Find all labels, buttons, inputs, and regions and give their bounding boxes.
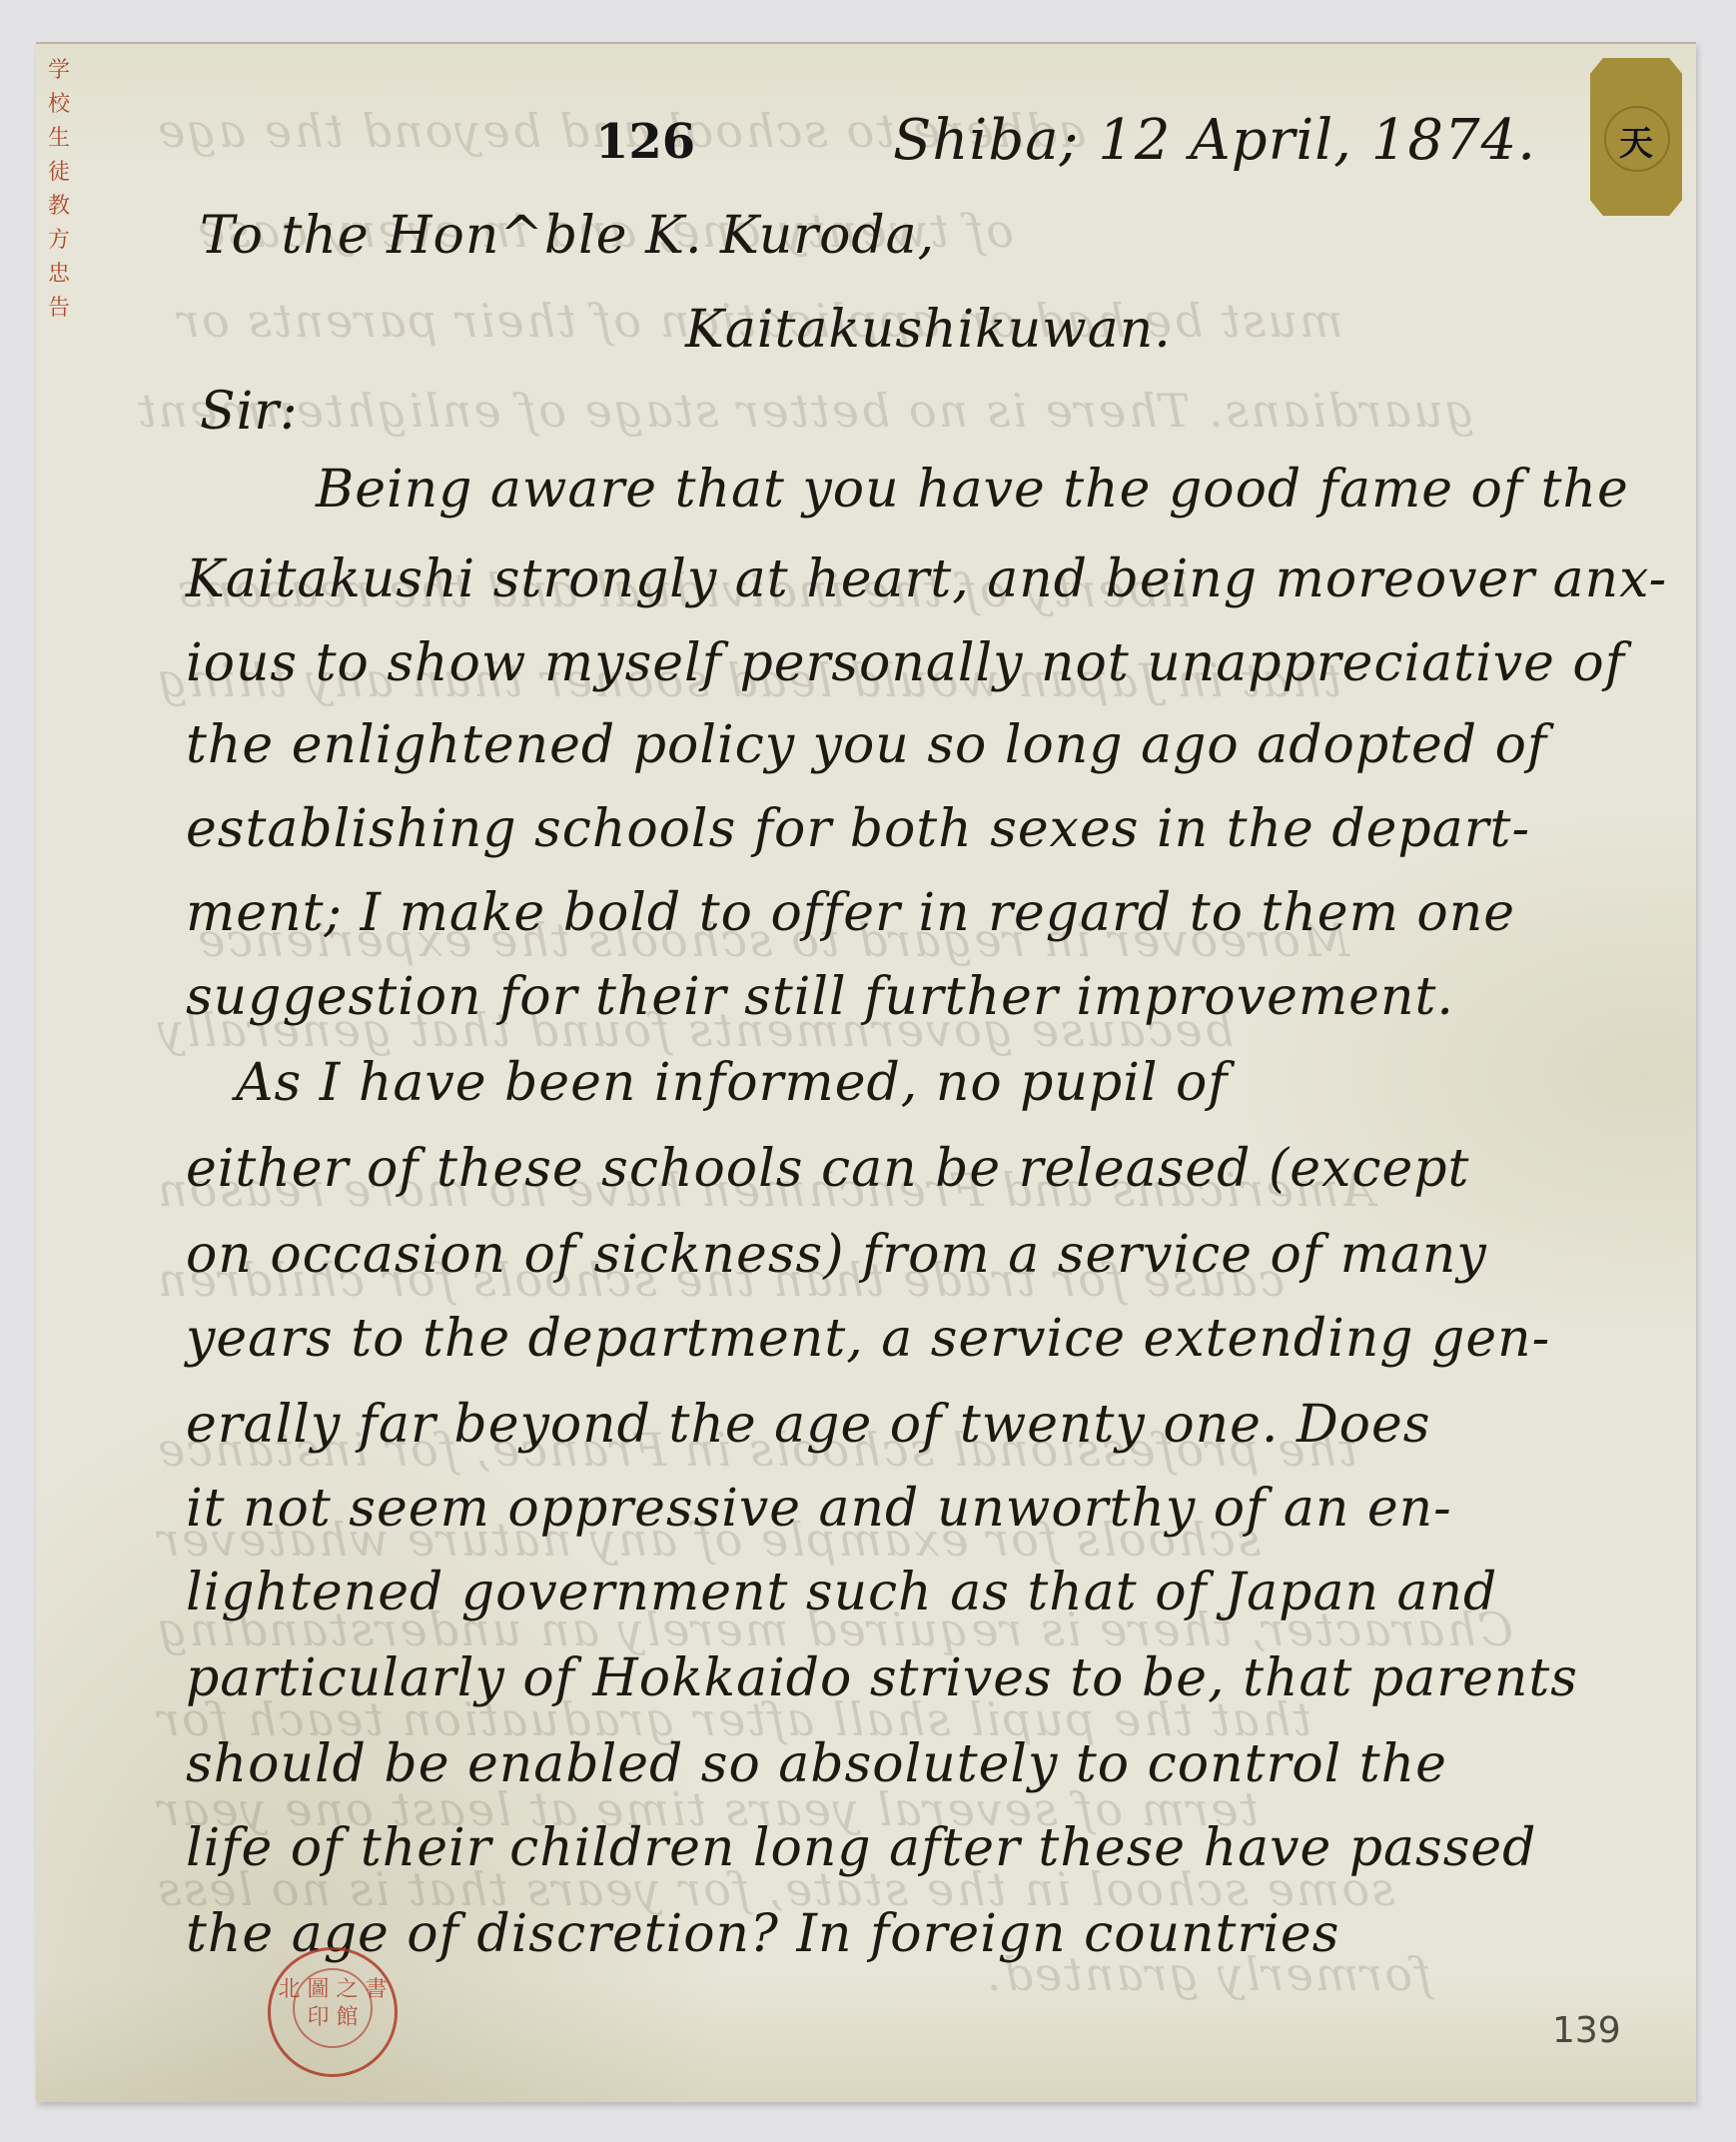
- margin-annotation: 学校生徒教方忠告: [46, 54, 72, 326]
- dateline: Shiba; 12 April, 1874.: [893, 108, 1536, 173]
- body-line: the enlightened policy you so long ago a…: [186, 715, 1547, 775]
- salutation: Sir:: [200, 382, 299, 442]
- body-line: Kaitakushi strongly at heart, and being …: [186, 549, 1667, 609]
- body-line: establishing schools for both sexes in t…: [186, 799, 1530, 859]
- page-number: 139: [1552, 2010, 1621, 2051]
- folio-number: 126: [595, 114, 695, 170]
- body-line: lightened government such as that of Jap…: [186, 1563, 1497, 1622]
- addressee-office: Kaitakushikuwan.: [685, 300, 1172, 360]
- body-line: erally far beyond the age of twenty one.…: [186, 1395, 1430, 1455]
- body-line: ious to show myself personally not unapp…: [186, 633, 1625, 693]
- body-line: ment; I make bold to offer in regard to …: [186, 883, 1515, 943]
- body-line: years to the department, a service exten…: [186, 1309, 1550, 1369]
- body-line: Being aware that you have the good fame …: [316, 460, 1629, 520]
- body-line: should be enabled so absolutely to contr…: [186, 1734, 1447, 1794]
- tag-label: 天: [1590, 116, 1682, 165]
- addressee-line: To the Hon^ble K. Kuroda,: [200, 206, 935, 266]
- letter-page: 学校生徒教方忠告 天 adhere to school and beyond t…: [36, 42, 1696, 2102]
- bleed-through-text: guardians. There is no better stage of e…: [136, 384, 1474, 438]
- body-line: As I have been informed, no pupil of: [236, 1053, 1229, 1113]
- library-seal: 北 圖 之 書 印 館: [268, 1947, 398, 2077]
- body-line: it not seem oppressive and unworthy of a…: [186, 1479, 1452, 1539]
- catalog-tag: 天: [1590, 58, 1682, 216]
- body-line: on occasion of sickness) from a service …: [186, 1225, 1487, 1285]
- body-line: either of these schools can be released …: [186, 1139, 1469, 1199]
- body-line: suggestion for their still further impro…: [186, 967, 1454, 1027]
- body-line: particularly of Hokkaido strives to be, …: [186, 1648, 1578, 1708]
- body-line: life of their children long after these …: [186, 1818, 1536, 1878]
- seal-text: 北 圖 之 書 印 館: [271, 1976, 395, 2032]
